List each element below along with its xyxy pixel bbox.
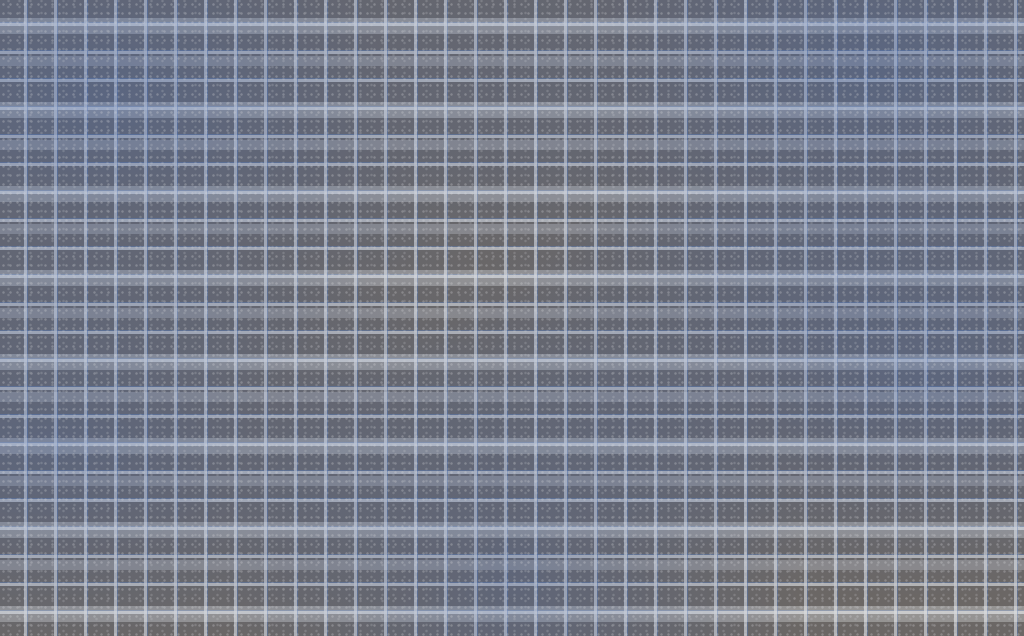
rug-texture-image xyxy=(0,0,1024,636)
speckle-overlay xyxy=(0,0,1024,636)
